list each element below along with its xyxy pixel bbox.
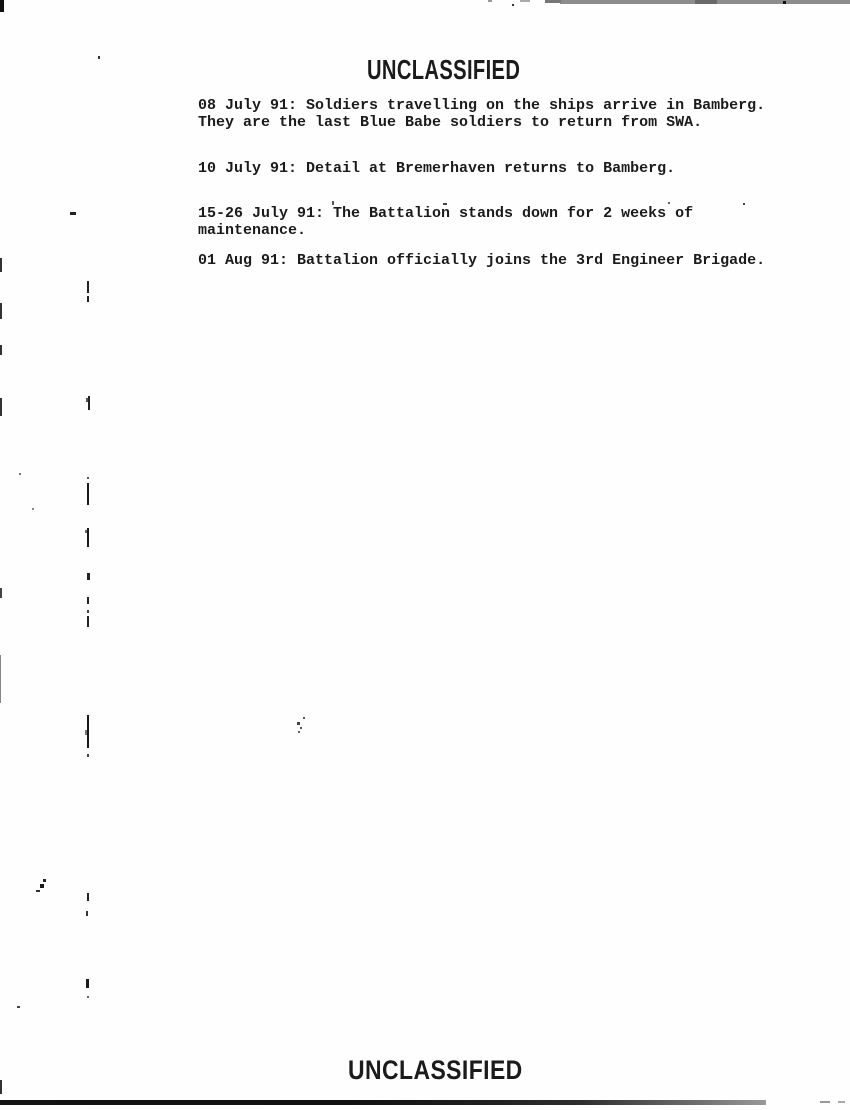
scan-artifact bbox=[87, 528, 89, 547]
scan-artifact bbox=[297, 722, 300, 725]
scan-artifact bbox=[88, 396, 90, 410]
scan-artifact bbox=[19, 473, 21, 475]
log-entry: 10 July 91: Detail at Bremerhaven return… bbox=[198, 160, 798, 177]
scan-artifact bbox=[87, 281, 89, 293]
scan-artifact bbox=[32, 508, 34, 510]
scan-artifact bbox=[87, 616, 89, 627]
scan-artifact bbox=[43, 879, 46, 882]
scan-artifact bbox=[0, 258, 2, 272]
scan-artifact bbox=[70, 212, 76, 215]
scan-artifact bbox=[443, 203, 447, 205]
log-entry: 08 July 91: Soldiers travelling on the s… bbox=[198, 97, 798, 131]
scan-artifact bbox=[87, 715, 89, 748]
scan-artifact bbox=[0, 0, 4, 12]
scan-artifact bbox=[488, 0, 492, 2]
log-entry: 15-26 July 91: The Battalion stands down… bbox=[198, 205, 798, 239]
classification-header: UNCLASSIFIED bbox=[367, 54, 520, 86]
scanned-document-page: UNCLASSIFIED 08 July 91: Soldiers travel… bbox=[0, 0, 850, 1110]
scan-artifact bbox=[512, 4, 514, 6]
scan-artifact bbox=[86, 979, 89, 988]
scan-artifact bbox=[0, 588, 2, 598]
scan-artifact bbox=[36, 890, 40, 892]
scan-artifact bbox=[0, 345, 2, 355]
scan-artifact bbox=[838, 1101, 845, 1103]
scan-artifact bbox=[86, 911, 88, 916]
scan-artifact bbox=[298, 731, 300, 733]
scan-artifact bbox=[820, 1101, 830, 1103]
scan-artifact bbox=[303, 717, 305, 719]
scan-artifact bbox=[40, 884, 44, 888]
scan-artifact bbox=[0, 1080, 2, 1094]
scan-artifact bbox=[0, 398, 2, 416]
scan-artifact bbox=[0, 303, 2, 319]
scan-artifact bbox=[695, 0, 717, 4]
scan-artifact bbox=[87, 610, 89, 613]
scan-artifact bbox=[668, 202, 670, 204]
scan-artifact bbox=[17, 1006, 20, 1008]
scan-artifact bbox=[85, 730, 87, 735]
scan-artifact bbox=[300, 727, 302, 729]
scan-artifact bbox=[743, 203, 745, 205]
scan-artifact bbox=[87, 296, 89, 302]
scan-artifact bbox=[783, 1, 786, 4]
scan-artifact bbox=[87, 483, 89, 505]
scan-artifact bbox=[87, 754, 89, 757]
scan-artifact bbox=[98, 56, 100, 59]
scan-artifact bbox=[520, 0, 530, 2]
scan-artifact bbox=[87, 893, 89, 901]
scan-artifact bbox=[0, 655, 1, 703]
classification-footer: UNCLASSIFIED bbox=[348, 1055, 523, 1086]
scan-artifact bbox=[545, 0, 561, 3]
scan-artifact bbox=[87, 597, 89, 604]
scan-artifact bbox=[332, 201, 334, 205]
scan-artifact bbox=[87, 996, 89, 998]
scan-artifact bbox=[87, 573, 90, 580]
scan-artifact bbox=[87, 477, 89, 479]
log-entry: 01 Aug 91: Battalion officially joins th… bbox=[198, 252, 798, 269]
scanner-edge-line-bottom bbox=[0, 1100, 766, 1105]
